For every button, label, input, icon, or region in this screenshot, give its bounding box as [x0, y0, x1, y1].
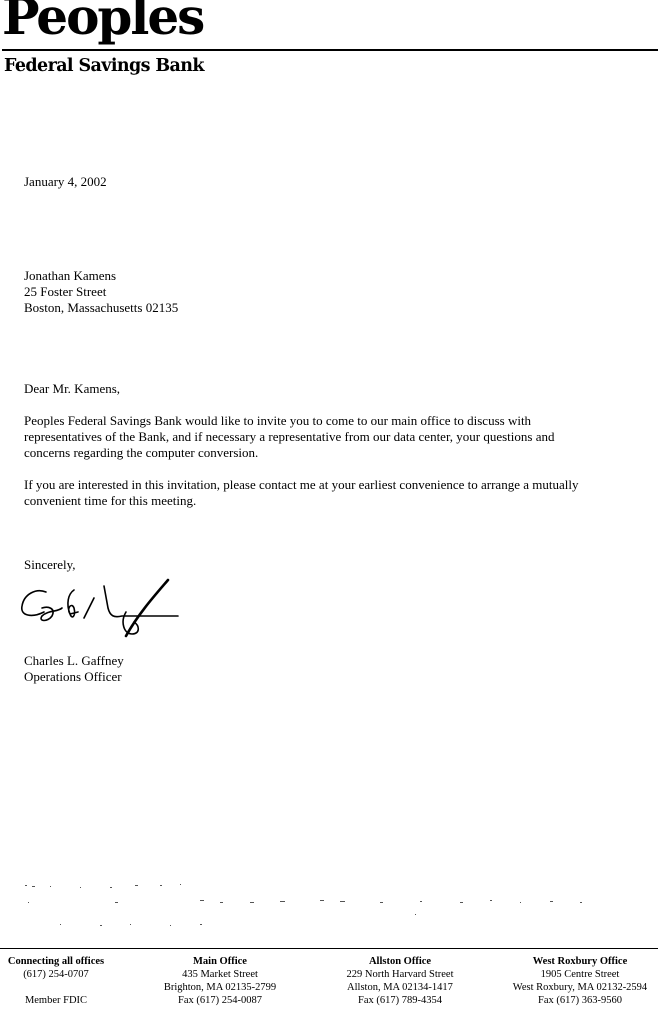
paragraph-line: convenient time for this meeting. [24, 493, 578, 509]
footer-main-office-city: Brighton, MA 02135-2799 [155, 981, 285, 994]
body-paragraph-1: Peoples Federal Savings Bank would like … [24, 413, 554, 461]
salutation: Dear Mr. Kamens, [24, 381, 120, 397]
footer-main-office-fax: Fax (617) 254-0087 [155, 994, 285, 1007]
footer-west-roxbury-office-city: West Roxbury, MA 02132-2594 [505, 981, 655, 994]
closing: Sincerely, [24, 557, 76, 573]
footer-allston-office-city: Allston, MA 02134-1417 [330, 981, 470, 994]
paragraph-line: representatives of the Bank, and if nece… [24, 429, 554, 445]
recipient-address: Jonathan Kamens 25 Foster Street Boston,… [24, 268, 178, 316]
faded-text-artifacts [20, 880, 620, 940]
footer-connecting-heading: Connecting all offices [0, 955, 112, 968]
recipient-name: Jonathan Kamens [24, 268, 178, 284]
footer-allston-office-heading: Allston Office [330, 955, 470, 968]
recipient-city: Boston, Massachusetts 02135 [24, 300, 178, 316]
signature-image [18, 578, 183, 643]
footer-main-office-street: 435 Market Street [155, 968, 285, 981]
footer-allston-office-fax: Fax (617) 789-4354 [330, 994, 470, 1007]
body-paragraph-2: If you are interested in this invitation… [24, 477, 578, 509]
letterhead-rule [2, 49, 658, 51]
footer-member-fdic: Member FDIC [0, 994, 112, 1007]
footer-west-roxbury-office-heading: West Roxbury Office [505, 955, 655, 968]
footer-main-office: Main Office 435 Market Street Brighton, … [155, 955, 285, 1007]
signer-title: Operations Officer [24, 669, 124, 685]
footer-connecting-phone: (617) 254-0707 [0, 968, 112, 981]
signer-block: Charles L. Gaffney Operations Officer [24, 653, 124, 685]
paragraph-line: Peoples Federal Savings Bank would like … [24, 413, 554, 429]
bank-logo-name: Peoples [2, 0, 203, 42]
footer-connecting-offices: Connecting all offices (617) 254-0707 Me… [0, 955, 112, 1007]
footer-west-roxbury-office-street: 1905 Centre Street [505, 968, 655, 981]
paragraph-line: concerns regarding the computer conversi… [24, 445, 554, 461]
paragraph-line: If you are interested in this invitation… [24, 477, 578, 493]
letter-date: January 4, 2002 [24, 174, 107, 190]
footer-rule [0, 948, 658, 949]
signer-name: Charles L. Gaffney [24, 653, 124, 669]
footer-main-office-heading: Main Office [155, 955, 285, 968]
footer-west-roxbury-office-fax: Fax (617) 363-9560 [505, 994, 655, 1007]
recipient-street: 25 Foster Street [24, 284, 178, 300]
bank-logo-subtitle: Federal Savings Bank [4, 58, 204, 76]
footer-west-roxbury-office: West Roxbury Office 1905 Centre Street W… [505, 955, 655, 1007]
footer-allston-office-street: 229 North Harvard Street [330, 968, 470, 981]
footer-allston-office: Allston Office 229 North Harvard Street … [330, 955, 470, 1007]
